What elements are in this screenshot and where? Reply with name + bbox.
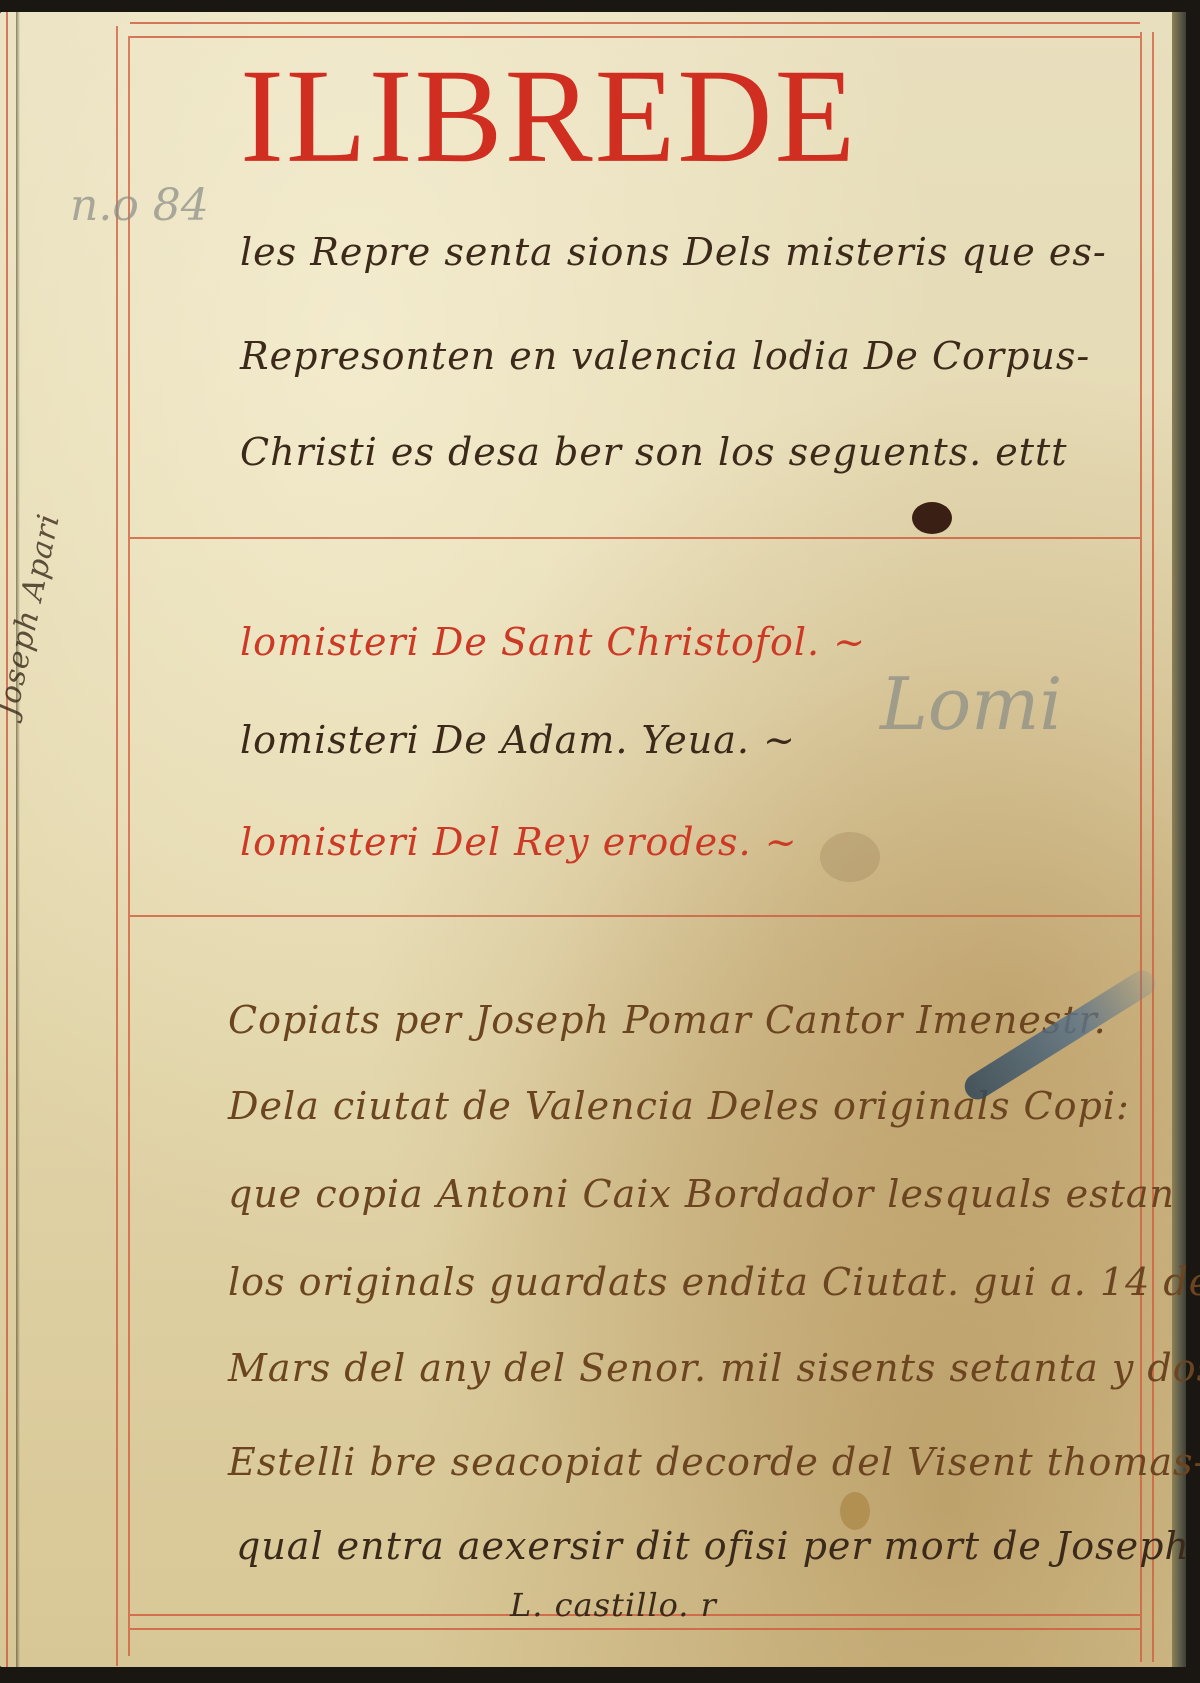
frame-rule-bottom-outer: [130, 1628, 1140, 1630]
frame-rule-right-outer: [1140, 32, 1142, 1662]
pencil-note-right: Lomi: [880, 662, 1062, 746]
stain-spot: [820, 832, 880, 882]
pencil-note-top: n.o 84: [70, 180, 209, 231]
intro-line-1: les Repre senta sions Dels misteris que …: [240, 230, 1107, 274]
frame-rule-right-inner: [1152, 32, 1154, 1662]
colophon-line-3: que copia Antoni Caix Bordador lesquals …: [228, 1172, 1175, 1216]
margin-note-vertical: Joseph Apari: [0, 511, 67, 720]
contents-item-2: lomisteri De Adam. Yeua. ~: [240, 718, 796, 762]
frame-rule-top-outer: [130, 22, 1140, 24]
contents-item-1: lomisteri De Sant Christofol. ~: [240, 620, 866, 664]
stain-spot: [840, 1492, 870, 1530]
intro-line-3: Christi es desa ber son los seguents. et…: [240, 430, 1068, 474]
colophon-line-1: Copiats per Joseph Pomar Cantor Imenestr…: [228, 998, 1107, 1042]
page-gutter-fold: [16, 12, 20, 1667]
rubric-title: ILIBREDE: [240, 49, 1010, 184]
book-edge: [1172, 12, 1186, 1667]
gutter-rule-outer: [6, 12, 8, 1667]
frame-rule-left-outer: [116, 26, 118, 1666]
frame-rule-top-inner: [130, 36, 1140, 38]
section-divider-2: [130, 915, 1140, 917]
ink-blot: [912, 502, 952, 534]
colophon-line-6: Estelli bre seacopiat decorde del Visent…: [228, 1440, 1200, 1484]
intro-line-2: Represonten en valencia lodia De Corpus-: [240, 334, 1090, 378]
colophon-signature: L. castillo. r: [510, 1586, 717, 1624]
section-divider-1: [130, 537, 1140, 539]
contents-item-3: lomisteri Del Rey erodes. ~: [240, 820, 798, 864]
colophon-line-7: qual entra aexersir dit ofisi per mort d…: [236, 1524, 1200, 1568]
colophon-line-5: Mars del any del Senor. mil sisents seta…: [228, 1346, 1200, 1390]
frame-rule-left-inner: [128, 36, 130, 1656]
manuscript-page: ILIBREDE les Repre senta sions Dels mist…: [0, 12, 1186, 1667]
colophon-line-4: los originals guardats endita Ciutat. gu…: [228, 1260, 1200, 1304]
